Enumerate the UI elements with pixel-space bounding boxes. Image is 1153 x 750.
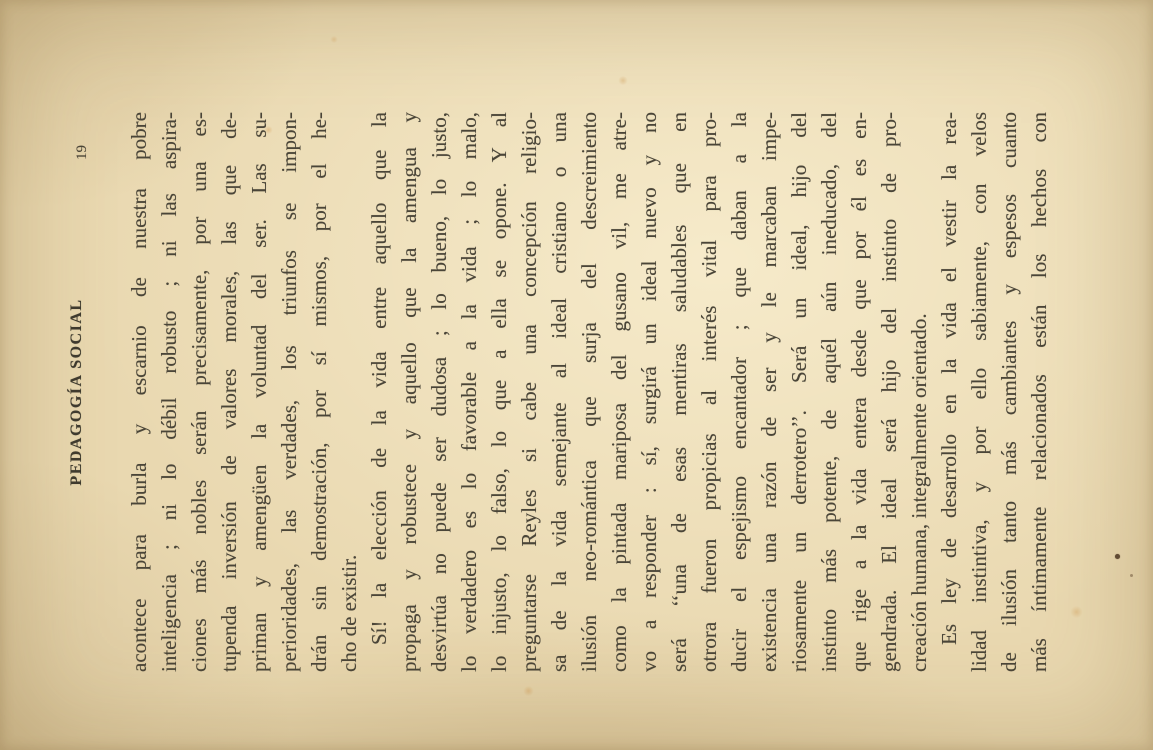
text-line: como la pintada mariposa del gusano vil,… xyxy=(604,112,634,672)
text-line: drán sin demostración, por sí mismos, po… xyxy=(304,112,334,672)
text-line: existencia una razón de ser y le marcaba… xyxy=(754,112,784,672)
text-line: lidad instintiva, y por ello sabiamente,… xyxy=(964,112,994,672)
text-line: sa de la vida semejante al ideal cristia… xyxy=(544,112,574,672)
text-line: otrora fueron propicias al interés vital… xyxy=(694,112,724,672)
text-line: propaga y robustece y aquello que la ame… xyxy=(394,112,424,672)
text-line: riosamente un derrotero’’. Será un ideal… xyxy=(784,112,814,672)
text-line: gendrada. El ideal será hijo del instint… xyxy=(874,112,904,672)
text-line-paragraph-end: cho de existir. xyxy=(334,112,364,672)
text-line-paragraph-start: Sí! la elección de la vida entre aquello… xyxy=(364,112,394,672)
text-line: lo injusto, lo falso, lo que a ella se o… xyxy=(484,112,514,672)
text-line-paragraph-start: Es ley de desarrollo en la vida el vesti… xyxy=(934,112,964,672)
text-line: perioridades, las verdades, los triunfos… xyxy=(274,112,304,672)
text-line: ciones más nobles serán precisamente, po… xyxy=(184,112,214,672)
text-line: instinto más potente, de aquél aún inedu… xyxy=(814,112,844,672)
text-line: preguntarse Reyles si cabe una concepció… xyxy=(514,112,544,672)
text-line: que rige a la vida entera desde que por … xyxy=(844,112,874,672)
text-line: ilusión neo-romántica que surja del desc… xyxy=(574,112,604,672)
text-line: de ilusión tanto más cambiantes y espeso… xyxy=(994,112,1024,672)
page-body-text: acontece para burla y escarnio de nuestr… xyxy=(124,112,1054,672)
text-line: tupenda inversión de valores morales, la… xyxy=(214,112,244,672)
running-header: PEDAGOGÍA SOCIAL 19 xyxy=(62,112,92,672)
text-line-paragraph-end: creación humana, integralmente orientado… xyxy=(904,112,934,672)
text-line: más íntimamente relacionados están los h… xyxy=(1024,112,1054,672)
scanned-book-page: PEDAGOGÍA SOCIAL 19 acontece para burla … xyxy=(0,0,1153,750)
running-header-title: PEDAGOGÍA SOCIAL xyxy=(62,112,92,672)
text-line: priman y amengüen la voluntad del ser. L… xyxy=(244,112,274,672)
text-line: ducir el espejismo encantador ; que daba… xyxy=(724,112,754,672)
text-line: será ‘‘una de esas mentiras saludables q… xyxy=(664,112,694,672)
text-line: desvirtúa no puede ser dudosa ; lo bueno… xyxy=(424,112,454,672)
text-line: vo a responder : sí, surgirá un ideal nu… xyxy=(634,112,664,672)
text-line: lo verdadero es lo favorable a la vida ;… xyxy=(454,112,484,672)
page-rotated-canvas: PEDAGOGÍA SOCIAL 19 acontece para burla … xyxy=(0,0,1153,750)
text-line: acontece para burla y escarnio de nuestr… xyxy=(124,112,154,672)
text-line: inteligencia ; ni lo débil robusto ; ni … xyxy=(154,112,184,672)
page-number: 19 xyxy=(75,145,90,160)
